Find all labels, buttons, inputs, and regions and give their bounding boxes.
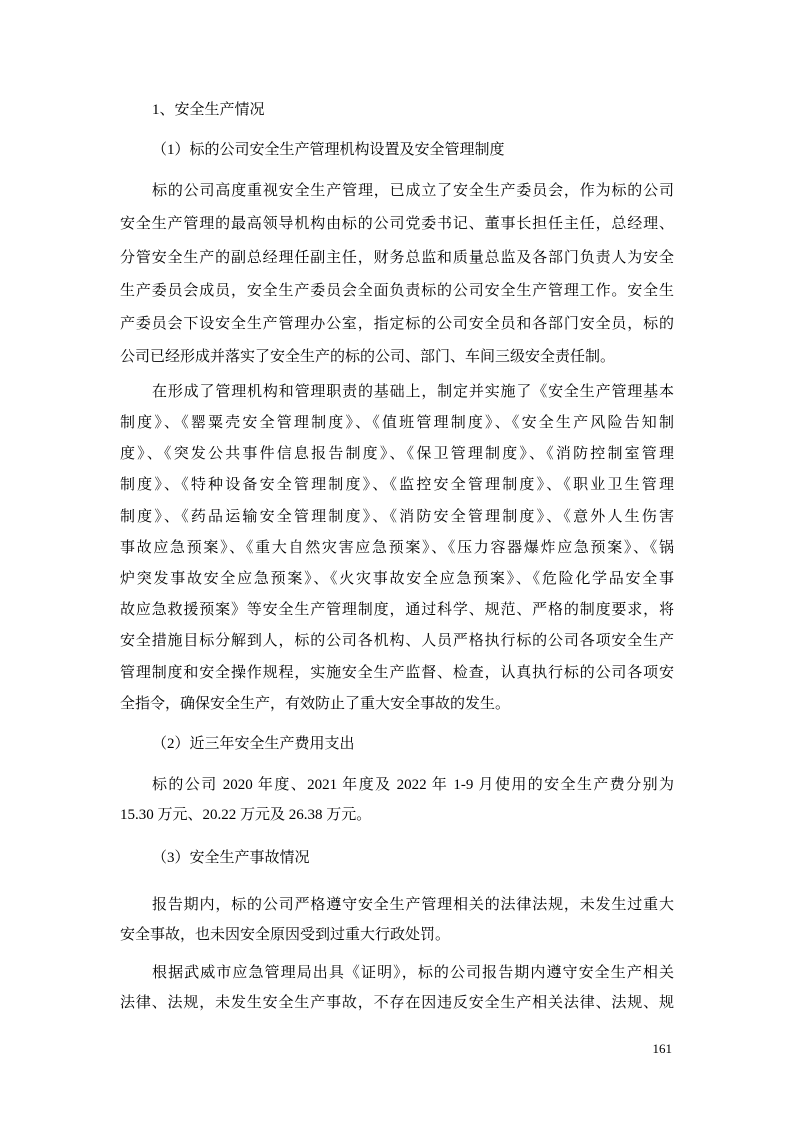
text-line: 根据武威市应急管理局出具《证明》，标的公司报告期内遵守安全生产相关 [120, 958, 674, 988]
text-line: 度》、《突发公共事件信息报告制度》、《保卫管理制度》、《消防控制室管理 [120, 439, 674, 470]
subsection-heading-1-management-structure: （1）标的公司安全生产管理机构设置及安全管理制度 [120, 134, 674, 167]
text-line: 安全生产管理的最高领导机构由标的公司党委书记、董事长担任主任，总经理、 [120, 208, 674, 241]
text-line: 全指令，确保安全生产，有效防止了重大安全事故的发生。 [120, 689, 674, 720]
text-line: 安全事故，也未因安全原因受到过重大行政处罚。 [120, 920, 674, 950]
text-line: 标的公司高度重视安全生产管理，已成立了安全生产委员会，作为标的公司 [120, 175, 674, 208]
text-line: 制度》、《特种设备安全管理制度》、《监控安全管理制度》、《职业卫生管理 [120, 470, 674, 501]
text-line: 安全措施目标分解到人，标的公司各机构、人员严格执行标的公司各项安全生产 [120, 626, 674, 657]
subsection-heading-2-safety-expenses: （2）近三年安全生产费用支出 [120, 728, 674, 761]
text-line: 公司已经形成并落实了安全生产的标的公司、部门、车间三级安全责任制。 [120, 341, 674, 374]
page-number: 161 [653, 1041, 673, 1057]
text-line: 制度》、《罂粟壳安全管理制度》、《值班管理制度》、《安全生产风险告知制 [120, 408, 674, 439]
paragraph-safety-systems: 在形成了管理机构和管理职责的基础上，制定并实施了《安全生产管理基本 制度》、《罂… [120, 377, 674, 720]
text-line: 生产委员会成员，安全生产委员会全面负责标的公司安全生产管理工作。安全生 [120, 275, 674, 308]
text-line: 15.30 万元、20.22 万元及 26.38 万元。 [120, 800, 674, 830]
paragraph-safety-committee: 标的公司高度重视安全生产管理，已成立了安全生产委员会，作为标的公司 安全生产管理… [120, 175, 674, 375]
document-page: 1、安全生产情况 （1）标的公司安全生产管理机构设置及安全管理制度 标的公司高度… [0, 0, 793, 1122]
text-line: 法律、法规，未发生安全生产事故，不存在因违反安全生产相关法律、法规、规 [120, 988, 674, 1018]
text-line: 事故应急预案》、《重大自然灾害应急预案》、《压力容器爆炸应急预案》、《锅 [120, 533, 674, 564]
document-content: 1、安全生产情况 （1）标的公司安全生产管理机构设置及安全管理制度 标的公司高度… [120, 94, 674, 1018]
text-line: 在形成了管理机构和管理职责的基础上，制定并实施了《安全生产管理基本 [120, 377, 674, 408]
section-heading-safety-production: 1、安全生产情况 [120, 94, 674, 127]
paragraph-certificate: 根据武威市应急管理局出具《证明》，标的公司报告期内遵守安全生产相关 法律、法规，… [120, 958, 674, 1018]
paragraph-no-accidents: 报告期内，标的公司严格遵守安全生产管理相关的法律法规，未发生过重大 安全事故，也… [120, 890, 674, 950]
text-line: 分管安全生产的副总经理任副主任，财务总监和质量总监及各部门负责人为安全 [120, 242, 674, 275]
text-line: 标的公司 2020 年度、2021 年度及 2022 年 1-9 月使用的安全生… [120, 770, 674, 800]
paragraph-safety-expenses: 标的公司 2020 年度、2021 年度及 2022 年 1-9 月使用的安全生… [120, 770, 674, 830]
text-line: 产委员会下设安全生产管理办公室，指定标的公司安全员和各部门安全员，标的 [120, 308, 674, 341]
text-line: 故应急救援预案》等安全生产管理制度，通过科学、规范、严格的制度要求，将 [120, 595, 674, 626]
text-line: 炉突发事故安全应急预案》、《火灾事故安全应急预案》、《危险化学品安全事 [120, 564, 674, 595]
text-line: 制度》、《药品运输安全管理制度》、《消防安全管理制度》、《意外人生伤害 [120, 502, 674, 533]
text-line: 管理制度和安全操作规程，实施安全生产监督、检查，认真执行标的公司各项安 [120, 658, 674, 689]
subsection-heading-3-safety-accidents: （3）安全生产事故情况 [120, 842, 674, 875]
text-line: 报告期内，标的公司严格遵守安全生产管理相关的法律法规，未发生过重大 [120, 890, 674, 920]
